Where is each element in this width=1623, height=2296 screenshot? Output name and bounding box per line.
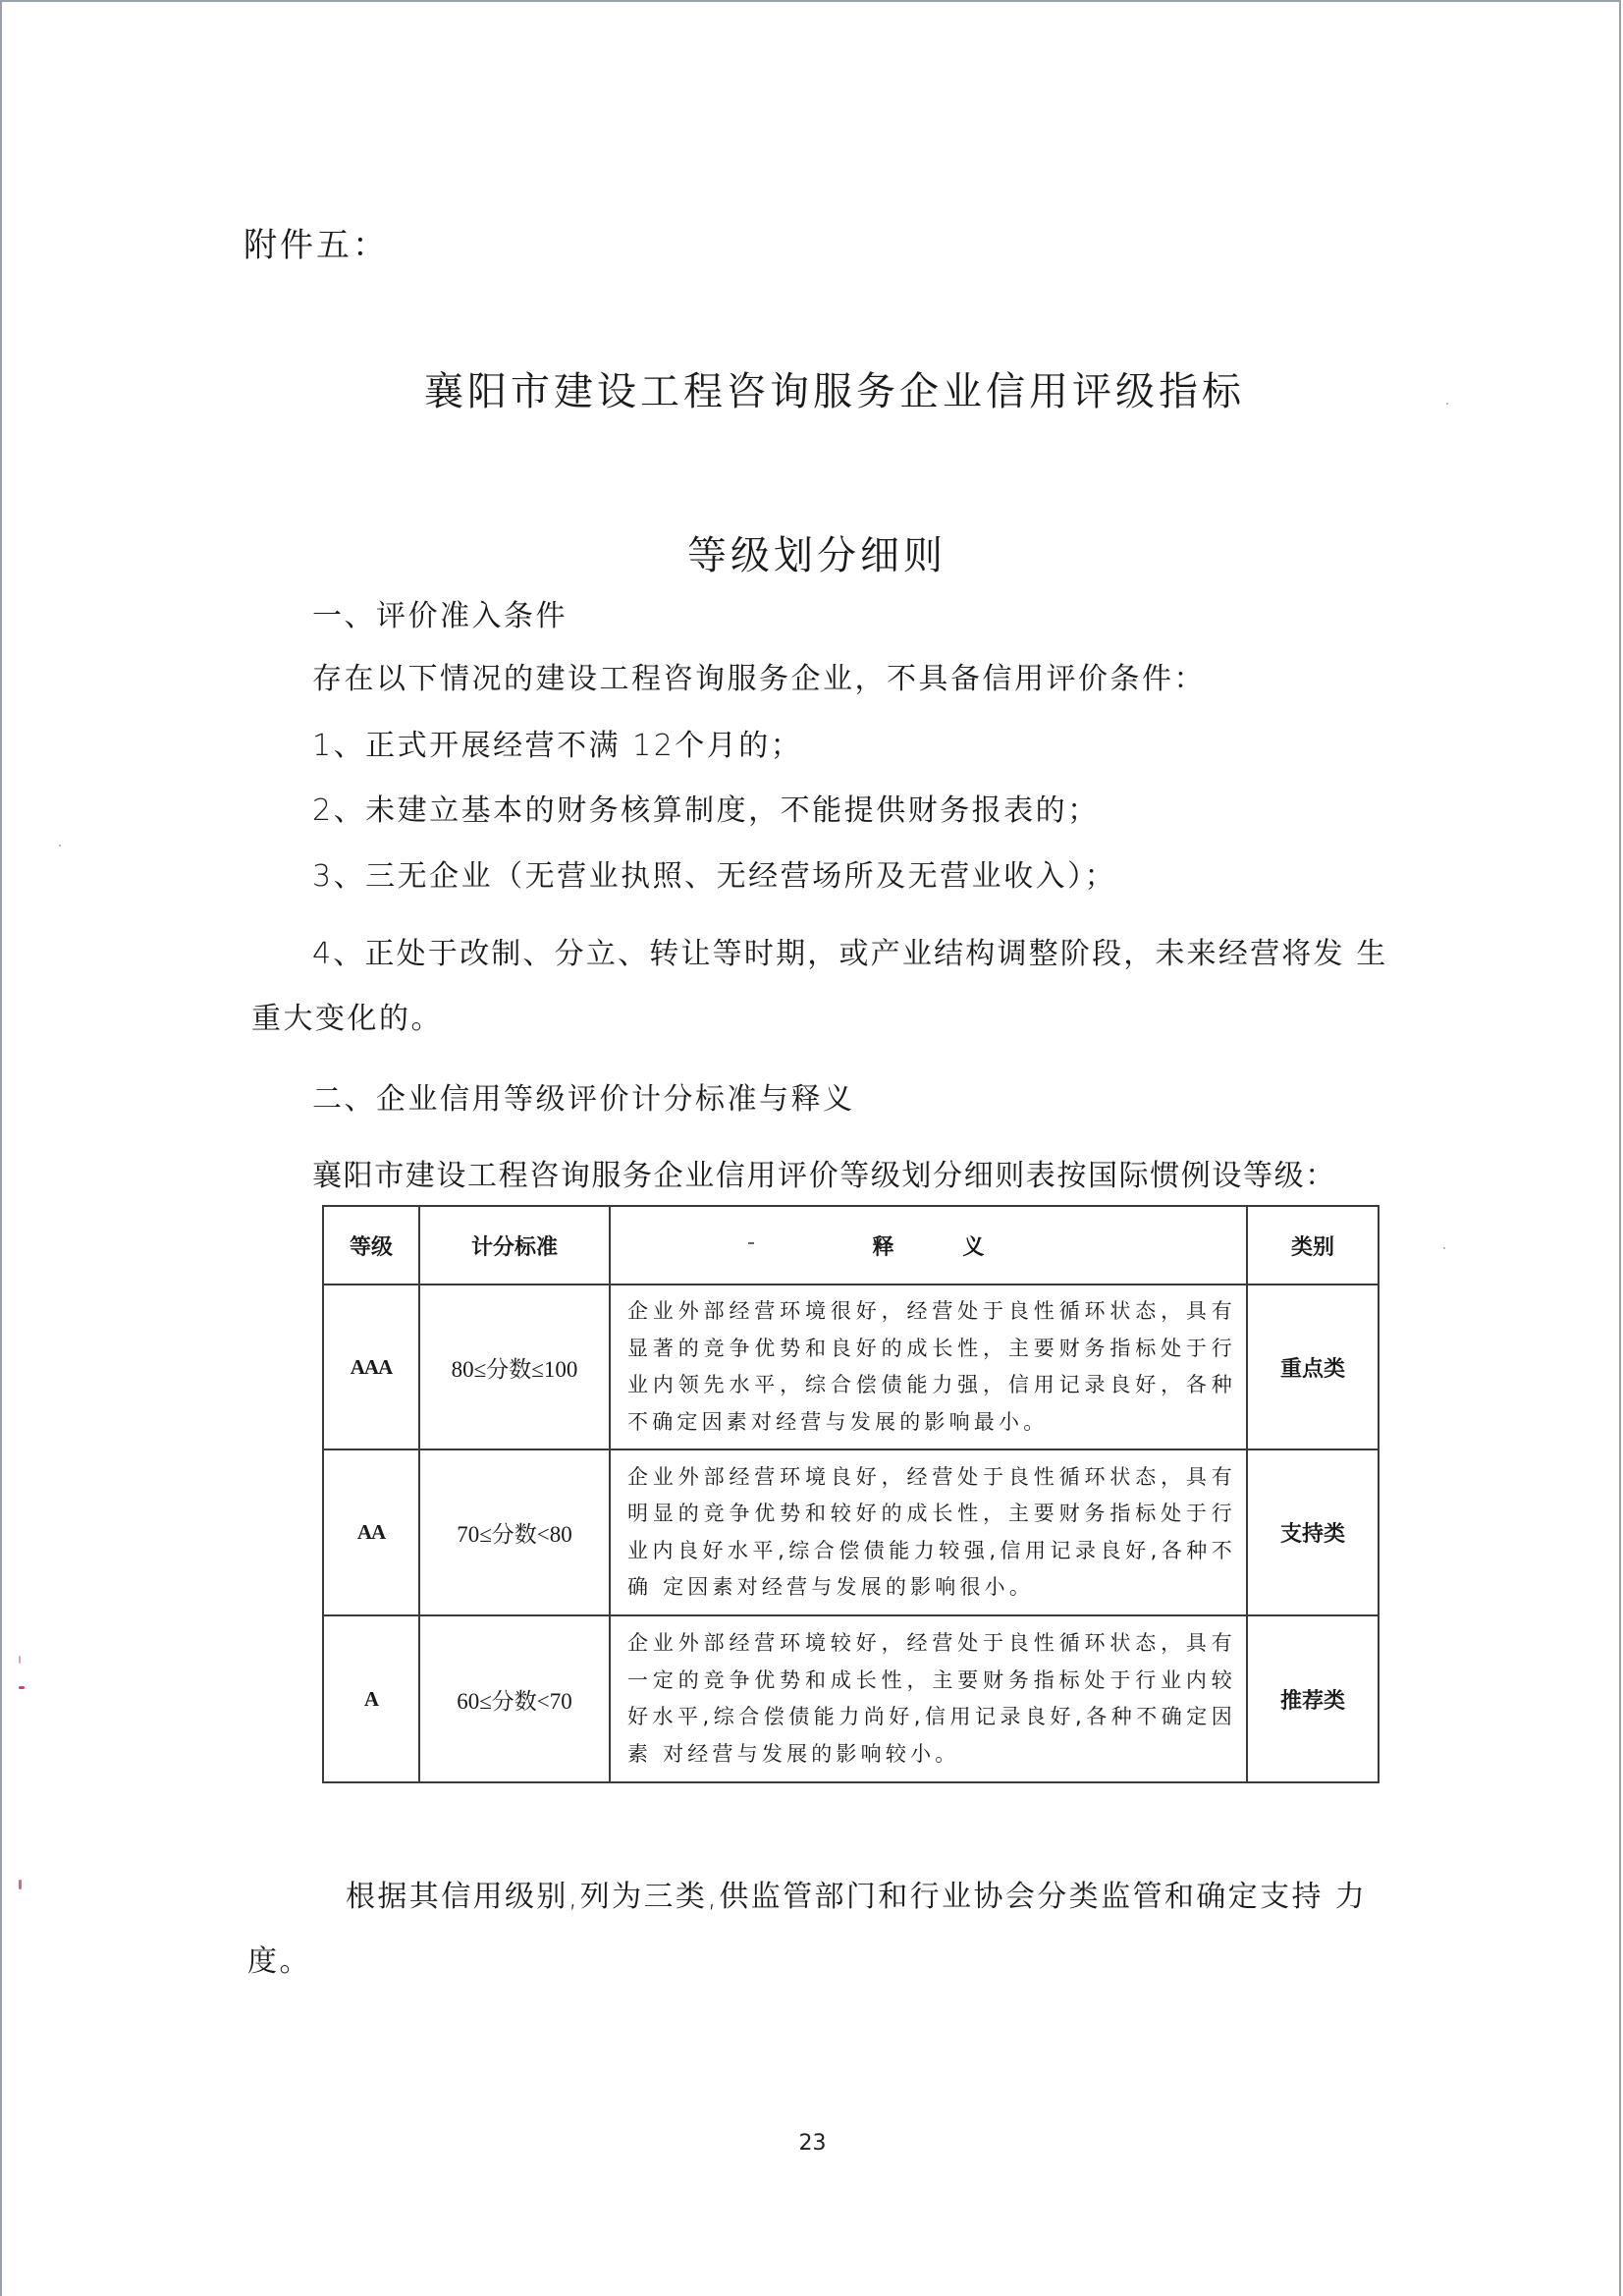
score-cell: 70≤分数<80 <box>419 1449 610 1615</box>
condition-item-4: 4、正处于改制、分立、转让等时期，或产业结构调整阶段，未来经营将发 生 <box>312 937 1388 972</box>
header-explanation-right: 义 <box>963 1235 985 1260</box>
scan-mark <box>19 1656 21 1664</box>
page-frame <box>0 0 1621 2296</box>
scan-speck <box>1446 403 1448 405</box>
section1-intro: 存在以下情况的建设工程咨询服务企业，不具备信用评价条件： <box>312 662 1206 697</box>
description-cell: 企业外部经营环境较好，经营处于良性循环状态，具有一定的竞争优势和成长性，主要财务… <box>610 1615 1247 1782</box>
condition-item-3: 3、三无企业（无营业执照、无经营场所及无营业收入）； <box>312 859 1116 895</box>
scan-mark <box>19 1686 25 1689</box>
category-cell: 支持类 <box>1247 1449 1379 1615</box>
section2-intro: 襄阳市建设工程咨询服务企业信用评价等级划分细则表按国际惯例设等级： <box>312 1159 1336 1194</box>
section1-heading: 一、评价准入条件 <box>312 599 568 634</box>
table-row: A 60≤分数<70 企业外部经营环境较好，经营处于良性循环状态，具有一定的竞争… <box>323 1615 1379 1782</box>
page-number: 23 <box>785 2131 839 2156</box>
attachment-label: 附件五： <box>243 226 389 265</box>
closing-paragraph-line1: 根据其信用级别,列为三类,供监管部门和行业协会分类监管和确定支持 力 <box>346 1880 1367 1915</box>
score-cell: 80≤分数≤100 <box>419 1285 610 1449</box>
table-row: AA 70≤分数<80 企业外部经营环境良好，经营处于良性循环状态，具有明显的竞… <box>323 1449 1379 1615</box>
description-cell: 企业外部经营环境很好，经营处于良性循环状态，具有显著的竞争优势和良好的成长性，主… <box>610 1285 1247 1449</box>
section2-heading: 二、企业信用等级评价计分标准与释义 <box>312 1082 855 1118</box>
header-category: 类别 <box>1247 1206 1379 1285</box>
grade-cell: A <box>323 1615 419 1782</box>
condition-item-1: 1、正式开展经营不满 12个月的； <box>312 729 802 764</box>
score-cell: 60≤分数<70 <box>419 1615 610 1782</box>
header-explanation-left: 释 <box>872 1235 893 1260</box>
document-title: 襄阳市建设工程咨询服务企业信用评级指标 <box>424 367 1210 416</box>
scan-speck <box>59 845 61 847</box>
scan-mark <box>19 1880 22 1889</box>
header-score: 计分标准 <box>419 1206 610 1285</box>
credit-grade-table: 等级 计分标准 释义 类别 AAA 80≤分数≤100 企业外部经营环境很好，经… <box>322 1205 1380 1783</box>
header-grade: 等级 <box>323 1206 419 1285</box>
condition-item-2: 2、未建立基本的财务核算制度，不能提供财务报表的； <box>312 793 1100 829</box>
category-cell: 推荐类 <box>1247 1615 1379 1782</box>
header-explanation: 释义 <box>610 1206 1247 1285</box>
category-cell: 重点类 <box>1247 1285 1379 1449</box>
description-cell: 企业外部经营环境良好，经营处于良性循环状态，具有明显的竞争优势和较好的成长性，主… <box>610 1449 1247 1615</box>
scan-speck <box>748 1242 754 1244</box>
document-subtitle: 等级划分细则 <box>687 531 935 580</box>
table-row: AAA 80≤分数≤100 企业外部经营环境很好，经营处于良性循环状态，具有显著… <box>323 1285 1379 1449</box>
grade-cell: AA <box>323 1449 419 1615</box>
table-header-row: 等级 计分标准 释义 类别 <box>323 1206 1379 1285</box>
scan-speck <box>1443 1247 1445 1249</box>
grade-cell: AAA <box>323 1285 419 1449</box>
closing-paragraph-line2: 度。 <box>247 1944 311 1980</box>
condition-item-4-continued: 重大变化的。 <box>251 1002 443 1037</box>
